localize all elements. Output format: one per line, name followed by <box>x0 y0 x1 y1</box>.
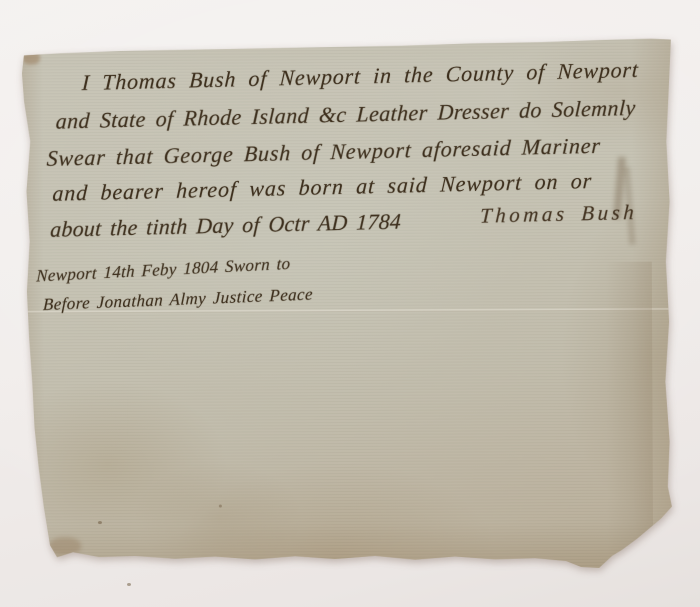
photo-background: I Thomas Bush of Newport in the County o… <box>0 0 700 607</box>
document-paper: I Thomas Bush of Newport in the County o… <box>21 37 675 572</box>
body-line-1: I Thomas Bush of Newport in the County o… <box>81 57 639 96</box>
attestation-line-2: Before Jonathan Almy Justice Peace <box>43 284 314 315</box>
body-line-5: about the tinth Day of Octr AD 1784 <box>50 208 402 242</box>
handwritten-text: I Thomas Bush of Newport in the County o… <box>21 24 685 571</box>
backing-speck <box>127 583 131 586</box>
signature-thomas-bush: Thomas Bush <box>480 200 638 229</box>
body-line-2: and State of Rhode Island &c Leather Dre… <box>55 95 636 135</box>
body-line-4: and bearer hereof was born at said Newpo… <box>52 168 593 207</box>
attestation-line-1: Newport 14th Feby 1804 Sworn to <box>36 254 291 287</box>
torn-edge-stain <box>36 45 44 52</box>
document-paper-wrapper: I Thomas Bush of Newport in the County o… <box>21 37 675 572</box>
body-line-3: Swear that George Bush of Newport afores… <box>46 133 601 172</box>
